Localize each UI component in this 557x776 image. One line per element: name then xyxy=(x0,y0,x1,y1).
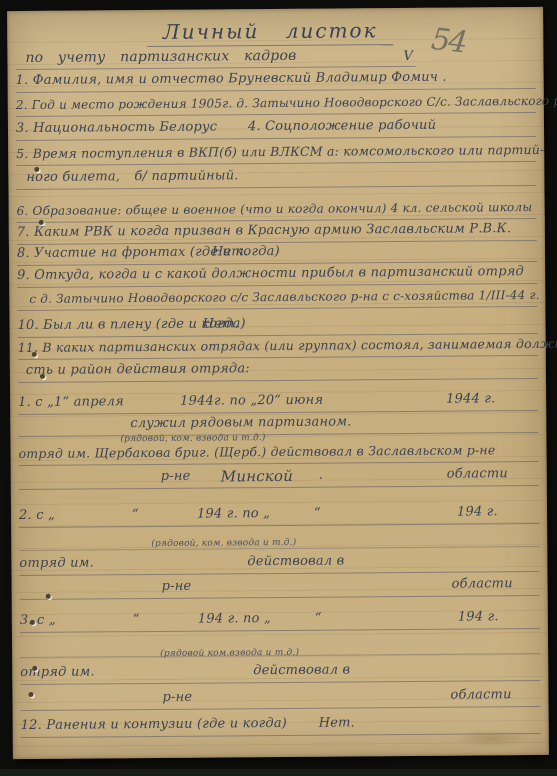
paper-stain xyxy=(453,729,533,748)
hole-punch xyxy=(40,374,45,379)
field-social-text: 4. Соцположение рабочий xyxy=(248,116,436,137)
service-row-2-dates: 2. с „ “ 194 г. по „ “ 194 г. xyxy=(19,502,539,528)
hole-punch xyxy=(34,167,39,172)
field-nationality-text: 3. Национальность Белорус xyxy=(16,119,217,136)
row1-district-label: р-не xyxy=(161,467,191,487)
row2-acted-label: действовал в xyxy=(247,551,344,572)
service-row-1-district: р-не Минской . области xyxy=(19,464,539,490)
service-row-2-hint: (рядовой, ком. взвода и т.д.) xyxy=(151,538,296,549)
field-captivity-value: Нет. xyxy=(202,314,238,334)
service-row-3-dates: 3. с „ “ 194 г. по „ “ 194 г. xyxy=(20,607,540,633)
row3-acted-label: действовал в xyxy=(253,660,350,681)
hole-punch xyxy=(46,594,51,599)
row2-date-mid: 194 г. по „ xyxy=(197,504,270,525)
field-name-text: 1. Фамилия, имя и отчество Бруневский Вл… xyxy=(16,70,447,88)
photo-black-border: Личный листок по учету партизанских кадр… xyxy=(0,0,557,776)
field-front-value: Нет. xyxy=(212,242,248,262)
hole-punch xyxy=(28,692,33,697)
row2-oblast-label: области xyxy=(452,574,513,594)
field-party-line2: ного билета, б/ партийный. xyxy=(16,164,536,190)
field-party-line2b-text: б/ партийный. xyxy=(134,166,238,187)
row1-unit-text: отряд им. Щербакова бриг. (Щерб.) действ… xyxy=(18,442,495,461)
hole-punch xyxy=(39,220,44,225)
row1-dot: . xyxy=(319,466,324,486)
row2-date-from: 2. с „ xyxy=(19,508,55,523)
row1-district-value: Минской xyxy=(221,466,294,487)
photo-bottom-edge xyxy=(0,769,557,776)
field-units-line2: сть и район действия отряда: xyxy=(18,357,538,383)
field-rvk-text: 7. Каким РВК и когда призван в Красную а… xyxy=(17,221,512,240)
field-birth-text: 2. Год и место рождения 1905г. д. Затычи… xyxy=(16,94,557,112)
service-row-2-unit: отряд им. действовал в xyxy=(19,550,539,576)
field-units-line1-text: 11. В каких партизанских отрядах (или гр… xyxy=(18,336,557,355)
field-units-line1: 11. В каких партизанских отрядах (или гр… xyxy=(18,334,538,360)
row3-quote1: “ xyxy=(133,610,140,630)
service-row-2-district: р-не области xyxy=(20,574,540,600)
field-units-line2-text: сть и район действия отряда: xyxy=(18,361,250,378)
document-paper: Личный листок по учету партизанских кадр… xyxy=(7,7,549,759)
subtitle-text: по учету партизанских кадров xyxy=(15,48,296,66)
field-nationality-social: 3. Национальность Белорус 4. Соцположени… xyxy=(16,115,536,141)
checkmark: V xyxy=(403,49,413,64)
field-name: 1. Фамилия, имя и отчество Бруневский Вл… xyxy=(16,67,536,93)
service-row-1-position: служил рядовым партизаном. xyxy=(18,411,538,437)
field-birth: 2. Год и место рождения 1905г. д. Затычи… xyxy=(16,91,536,117)
row1-date-from: 1. с „1“ апреля xyxy=(18,394,124,410)
hole-punch xyxy=(32,666,37,671)
hole-punch xyxy=(30,620,35,625)
field-wounds-value: Нет. xyxy=(319,713,355,733)
title-text: Личный листок xyxy=(163,18,378,44)
row3-date-to: 194 г. xyxy=(458,607,499,627)
service-row-3-hint: (рядовой ком.взвода и т.д.) xyxy=(160,648,299,659)
row2-district-label: р-не xyxy=(162,577,192,597)
pencil-page-number: 54 xyxy=(429,22,467,61)
row2-unit-label: отряд им. xyxy=(19,555,94,571)
row2-date-to: 194 г. xyxy=(457,502,498,522)
row2-quote1: “ xyxy=(132,505,139,525)
row3-district-label: р-не xyxy=(162,688,192,708)
field-party-line2a-text: ного билета, xyxy=(16,169,120,185)
field-wounds-label: 12. Ранения и контузии (где и когда) xyxy=(21,716,287,733)
field-education-text: 6. Образование: общее и военное (что и к… xyxy=(17,200,533,218)
row1-date-to: 1944 г. xyxy=(446,389,495,409)
row3-date-mid: 194 г. по „ xyxy=(198,609,271,630)
service-row-3-district: р-не области xyxy=(20,685,540,711)
field-origin-line2: с д. Затычино Новодворского с/с Заславль… xyxy=(17,285,537,311)
row3-oblast-label: области xyxy=(450,685,511,705)
field-party-line1-text: 5. Время поступления в ВКП(б) или ВЛКСМ … xyxy=(16,142,544,161)
row1-date-mid: 1944г. по „20“ июня xyxy=(180,391,323,412)
row1-position-text: служил рядовым партизаном. xyxy=(130,412,351,434)
document-title-line2: по учету партизанских кадров xyxy=(15,45,415,70)
row3-quote2: “ xyxy=(315,609,322,629)
row1-oblast-label: области xyxy=(447,464,508,484)
service-row-1-unit: отряд им. Щербакова бриг. (Щерб.) действ… xyxy=(18,440,538,466)
field-origin-line1-text: 9. Откуда, когда и с какой должности при… xyxy=(17,264,524,283)
hole-punch xyxy=(32,352,37,357)
row3-date-from: 3. с „ xyxy=(20,613,56,628)
document-title-line1: Личный листок xyxy=(147,18,393,47)
field-origin-line2-text: с д. Затычино Новодворского с/с Заславль… xyxy=(17,288,540,306)
row2-quote2: “ xyxy=(314,504,321,524)
field-party-line1: 5. Время поступления в ВКП(б) или ВЛКСМ … xyxy=(16,140,536,166)
field-origin-line1: 9. Откуда, когда и с какой должности при… xyxy=(17,262,537,288)
service-row-3-unit: отряд им. действовал в xyxy=(20,659,540,685)
